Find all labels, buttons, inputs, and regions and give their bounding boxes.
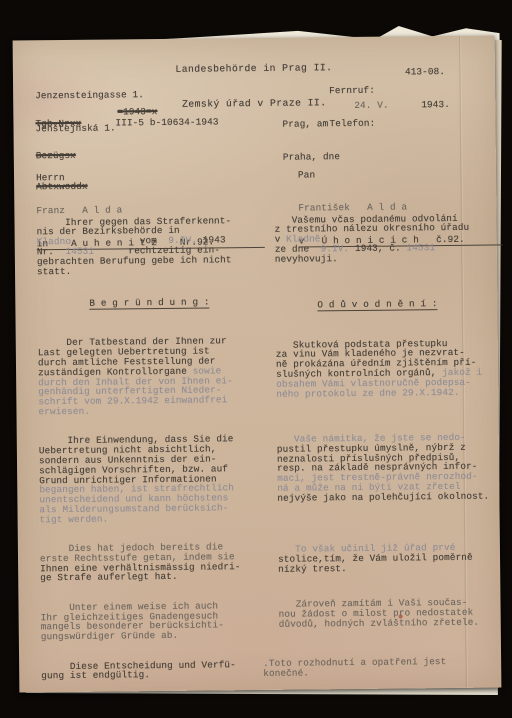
paragraph-de-4: Unter einem weise ich auch Ihr gleichzei… [40, 601, 278, 643]
paragraph-cs-5: .Toto rozhodnutí a opatření jest konečné… [263, 656, 512, 678]
heading-oduvodneni: O d ů v o d n ě n í : [317, 298, 512, 311]
reference-struck-year: =1943=x [117, 107, 157, 117]
date-year: 1943. [421, 100, 450, 110]
phone-label-german: Fernruf: [329, 85, 375, 96]
recipient-salutation-german: Herrn [36, 170, 264, 183]
heading-begruendung: B e g r ü n d u n g : [89, 297, 275, 310]
document-page: Landesbehörde in Prag II. Zemský úřad v … [13, 35, 502, 692]
paragraph-cs-1: Skutková podstata přestupku za vinu Vám … [276, 338, 512, 399]
paragraph-de-1: Der Tatbestand der Ihnen zur Last gelegt… [38, 336, 277, 417]
paragraph-cs-3: To však učinil již úřad prvé stolice,tím… [278, 542, 512, 574]
paragraph-de-3: Dies hat jedoch bereits die erste Rechts… [40, 542, 278, 584]
recipient-salutation-czech: Pan [298, 167, 502, 180]
date-day-month: 24. V. [354, 101, 388, 111]
paragraph-cs-4: Zároveň zamítám i Vaši součas- nou žádos… [278, 597, 512, 629]
phone-number: 413-08. [405, 67, 445, 77]
date-label-german: Prag, am [282, 118, 339, 130]
paragraph-cs-intro: Vašemu včas podanému odvolání z trestníh… [274, 213, 512, 265]
paragraph-de-intro: Ihrer gegen das Straferkennt- nis der Be… [36, 215, 275, 276]
scanned-letter: Landesbehörde in Prag II. Zemský úřad v … [0, 0, 512, 718]
reference-struck-line-1: Tgb.Nrxx [35, 119, 87, 130]
body-column-german: Ihrer gegen das Straferkennt- nis der Be… [36, 196, 279, 701]
body-column-czech: Vašemu včas podanému odvolání z trestníh… [274, 193, 512, 698]
paragraph-cs-2: Vaše námitka, že jste se nedo- pustil př… [277, 432, 512, 503]
paragraph-de-5: Diese Entscheidung und Verfü- gung ist e… [41, 659, 279, 681]
reference-file-number: III-5 b-10634-1943 [115, 117, 218, 128]
paragraph-de-2: Ihre Einwendung, dass Sie die Uebertretu… [39, 434, 278, 525]
